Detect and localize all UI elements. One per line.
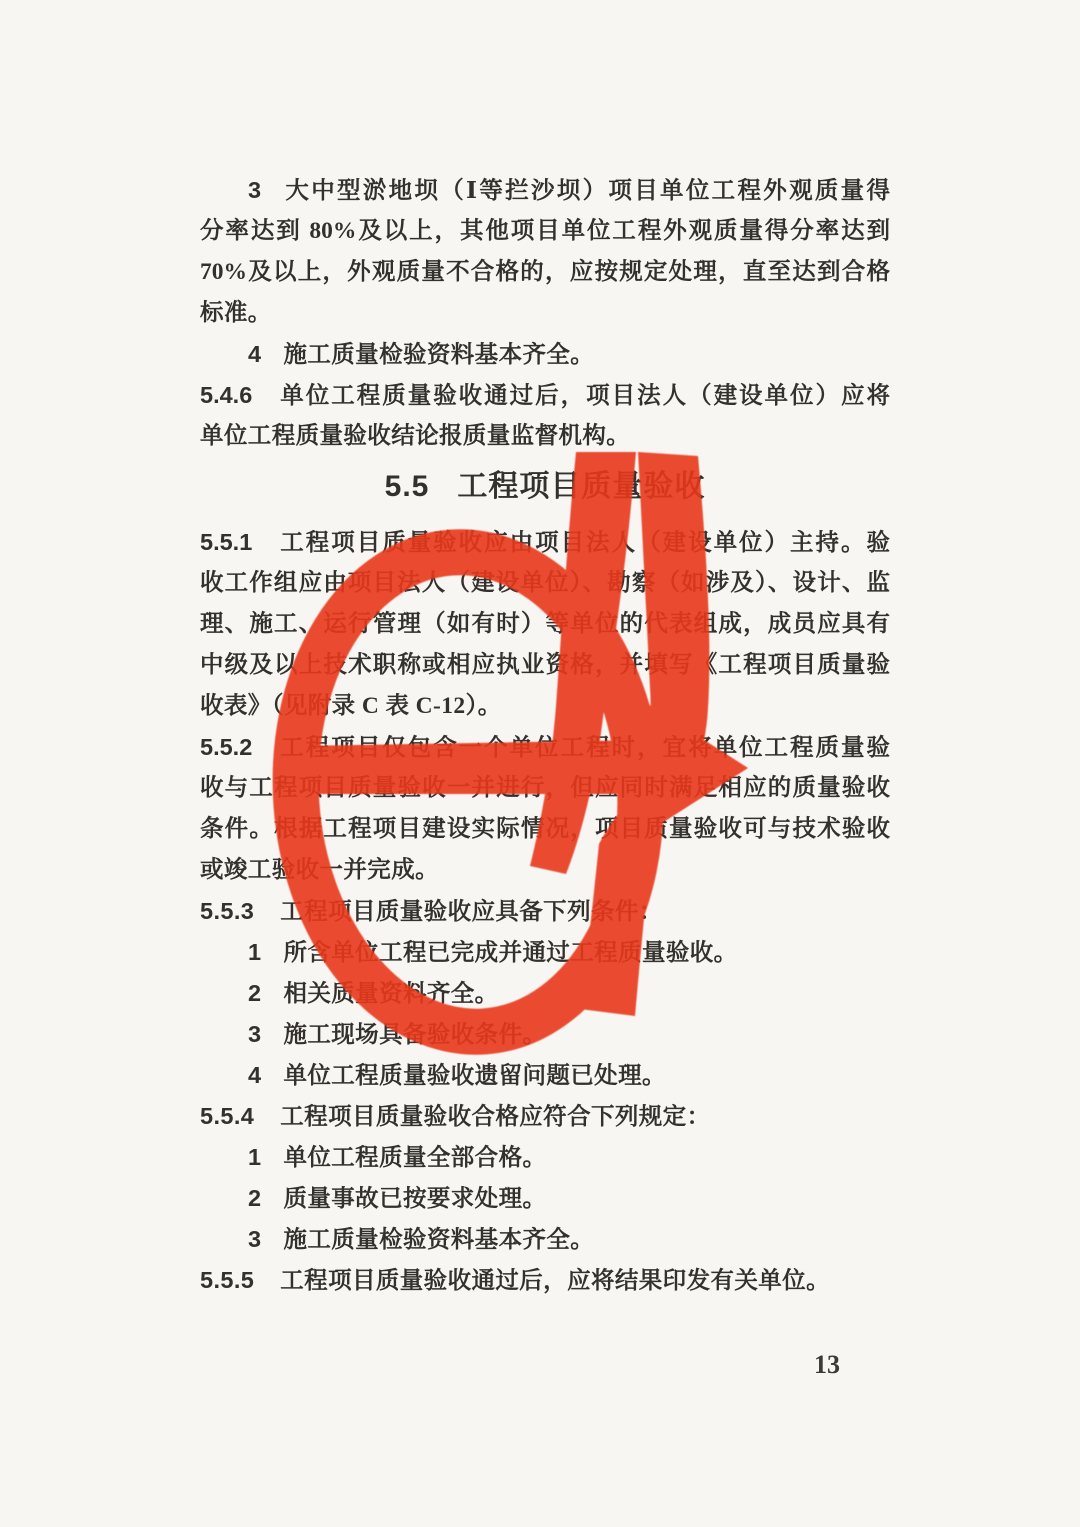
line-text: 工程项目质量验收应具备下列条件： [280, 899, 662, 925]
clause-line: 5.5.4工程项目质量验收合格应符合下列规定： [200, 1096, 890, 1137]
line-text: 工程项目质量验收通过后，应将结果印发有关单位。 [280, 1268, 830, 1294]
item-number: 3 [248, 1226, 261, 1252]
clause-number: 5.5.2 [200, 734, 252, 760]
clause-number: 5.4.6 [200, 382, 252, 408]
clause-number: 5.5.1 [200, 529, 252, 555]
clause-line: 5.5.5工程项目质量验收通过后，应将结果印发有关单位。 [200, 1260, 890, 1301]
clause-number: 5.5.5 [200, 1267, 254, 1293]
line-text: 质量事故已按要求处理。 [283, 1186, 546, 1212]
item-number: 2 [248, 1185, 261, 1211]
clause-number: 5.5.3 [200, 898, 254, 924]
body-text: 3大中型淤地坝（Ⅰ等拦沙坝）项目单位工程外观质量得 分率达到 80%及以上，其他… [200, 170, 890, 1301]
text-line: 收表》（见附录 C 表 C-12）。 [200, 686, 890, 727]
line-text: 大中型淤地坝（Ⅰ等拦沙坝）项目单位工程外观质量得 [283, 178, 890, 204]
list-item-line: 4施工质量检验资料基本齐全。 [200, 334, 890, 375]
text-line: 标准。 [200, 293, 890, 334]
section-heading: 5.5工程项目质量验收 [200, 465, 890, 509]
document-page: 3大中型淤地坝（Ⅰ等拦沙坝）项目单位工程外观质量得 分率达到 80%及以上，其他… [0, 0, 1080, 1527]
text-line: 中级及以上技术职称或相应执业资格，并填写《工程项目质量验 [200, 645, 890, 686]
list-item-line: 4单位工程质量验收遗留问题已处理。 [200, 1055, 890, 1096]
text-line: 条件。根据工程项目建设实际情况，项目质量验收可与技术验收 [200, 809, 890, 850]
section-title: 工程项目质量验收 [457, 470, 705, 503]
line-text: 单位工程质量验收通过后，项目法人（建设单位）应将 [278, 383, 890, 409]
clause-line: 5.5.2工程项目仅包含一个单位工程时，宜将单位工程质量验 [200, 727, 890, 768]
item-number: 3 [248, 177, 261, 203]
item-number: 2 [248, 980, 261, 1006]
text-line: 分率达到 80%及以上，其他项目单位工程外观质量得分率达到 [200, 211, 890, 252]
clause-line: 5.4.6单位工程质量验收通过后，项目法人（建设单位）应将 [200, 375, 890, 416]
section-number: 5.5 [385, 470, 430, 503]
clause-number: 5.5.4 [200, 1103, 254, 1129]
text-line: 70%及以上，外观质量不合格的，应按规定处理，直至达到合格 [200, 252, 890, 293]
line-text: 工程项目仅包含一个单位工程时，宜将单位工程质量验 [278, 735, 890, 761]
item-number: 1 [248, 1144, 261, 1170]
item-number: 4 [248, 1062, 261, 1088]
line-text: 单位工程质量验收遗留问题已处理。 [283, 1063, 665, 1089]
clause-line: 5.5.1工程项目质量验收应由项目法人（建设单位）主持。验 [200, 522, 890, 563]
list-item-line: 1所含单位工程已完成并通过工程质量验收。 [200, 932, 890, 973]
item-number: 4 [248, 341, 261, 367]
list-item-line: 3施工质量检验资料基本齐全。 [200, 1219, 890, 1260]
clause-line: 5.5.3工程项目质量验收应具备下列条件： [200, 891, 890, 932]
line-text: 工程项目质量验收合格应符合下列规定： [280, 1104, 710, 1130]
text-line: 或竣工验收一并完成。 [200, 850, 890, 891]
line-text: 施工质量检验资料基本齐全。 [283, 1227, 594, 1253]
item-number: 1 [248, 939, 261, 965]
list-item-line: 2相关质量资料齐全。 [200, 973, 890, 1014]
list-item-line: 3施工现场具备验收条件。 [200, 1014, 890, 1055]
line-text: 工程项目质量验收应由项目法人（建设单位）主持。验 [278, 530, 890, 556]
list-item-line: 2质量事故已按要求处理。 [200, 1178, 890, 1219]
page-number: 13 [814, 1350, 840, 1380]
list-item-line: 1单位工程质量全部合格。 [200, 1137, 890, 1178]
text-line: 理、施工、运行管理（如有时）等单位的代表组成，成员应具有 [200, 604, 890, 645]
text-line: 收与工程项目质量验收一并进行，但应同时满足相应的质量验收 [200, 768, 890, 809]
item-number: 3 [248, 1021, 261, 1047]
line-text: 相关质量资料齐全。 [283, 981, 498, 1007]
line-text: 施工现场具备验收条件。 [283, 1022, 546, 1048]
line-text: 施工质量检验资料基本齐全。 [283, 342, 594, 368]
text-line: 单位工程质量验收结论报质量监督机构。 [200, 416, 890, 457]
text-line: 收工作组应由项目法人（建设单位）、勘察（如涉及）、设计、监 [200, 563, 890, 604]
line-text: 单位工程质量全部合格。 [283, 1145, 546, 1171]
line-text: 所含单位工程已完成并通过工程质量验收。 [283, 940, 737, 966]
list-item-line: 3大中型淤地坝（Ⅰ等拦沙坝）项目单位工程外观质量得 [200, 170, 890, 211]
